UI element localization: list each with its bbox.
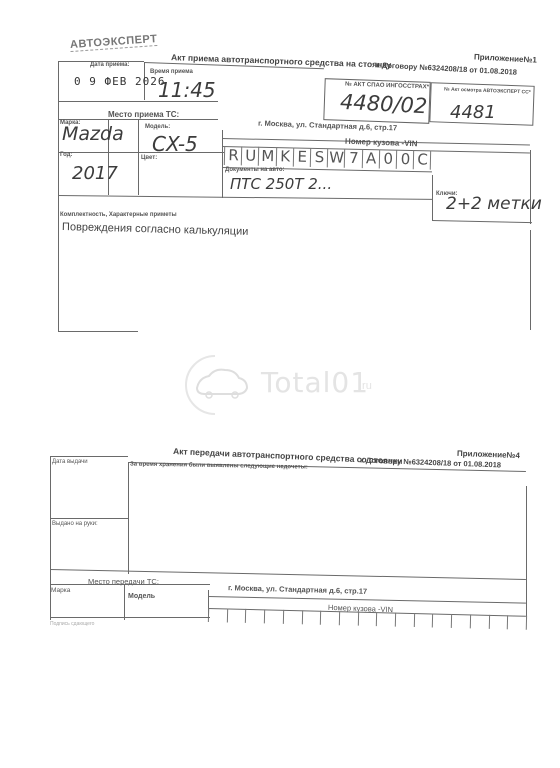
vin-empty-cell (470, 614, 471, 628)
documents-label: Документы на авто: (225, 167, 285, 173)
vin-empty-cell (245, 609, 246, 623)
release-notes-label: За время хранения были выявлены следующи… (130, 461, 308, 470)
vin-char-cell: C (413, 150, 431, 169)
act-number-value: 4480/02 (339, 90, 427, 119)
keys-value: 2+2 метки (446, 194, 542, 214)
vin-empty-cell (413, 613, 414, 627)
place-label: Место приема ТС: (108, 110, 179, 119)
issued-label: Выдано на руки: (52, 521, 98, 527)
vin-empty-cell (283, 610, 284, 624)
vin-char-cell: U (241, 146, 259, 165)
release-footer-note: Подпись сдающего (50, 621, 94, 627)
release-place-value: г. Москва, ул. Стандартная д.6, стр.17 (228, 583, 367, 596)
vin-char-cell: S (310, 148, 328, 167)
expert-number-value: 4481 (450, 102, 496, 123)
year-value: 2017 (72, 163, 118, 184)
color-label: Цвет: (141, 155, 157, 161)
vin-empty-cell (301, 610, 302, 624)
time-value: 11:45 (158, 78, 216, 102)
release-model-label: Модель (128, 593, 155, 600)
vin-empty-cell (376, 612, 377, 626)
vin-empty-cell (227, 608, 228, 622)
release-make-label: Марка (51, 587, 70, 594)
vin-empty-cell (451, 614, 452, 628)
watermark-suffix: .ru (359, 380, 372, 392)
company-stamp: АВТОЭКСПЕРТ (70, 33, 158, 52)
vin-char-cell: 0 (379, 150, 397, 169)
vin-char-cell: W (327, 148, 345, 167)
vin-empty-cell (507, 615, 508, 629)
contract-reference: к Договору №6324208/18 от 01.08.2018 (376, 60, 517, 76)
vin-empty-cell (320, 611, 321, 625)
date-label: Дата приема: (90, 62, 129, 68)
features-value: Повреждения согласно калькуляции (62, 221, 249, 238)
vin-empty-cell (357, 612, 358, 626)
features-label: Комплектность, Характерные приметы (60, 212, 177, 218)
vin-char-cell: A (361, 149, 379, 168)
vin-char-cell: 7 (344, 149, 362, 168)
vin-label: Номер кузова -VIN (345, 137, 418, 149)
vin-char-cell: E (293, 148, 311, 167)
watermark: Total01 .ru (183, 350, 383, 420)
vin-empty-cell (432, 613, 433, 627)
release-vin-field (208, 608, 526, 632)
vin-char-cell: K (275, 147, 293, 166)
year-label: Год: (60, 152, 73, 158)
vin-char-cell: R (224, 146, 242, 165)
appendix-label: Приложение№1 (474, 52, 537, 64)
vin-empty-cell (264, 609, 265, 623)
documents-value: ПТС 250Т 2... (230, 175, 332, 193)
time-label: Время приема (150, 69, 193, 75)
vin-char-cell: 0 (396, 150, 414, 169)
vin-char-cell: M (258, 147, 276, 166)
watermark-text: Total01 (261, 366, 369, 399)
model-label: Модель: (145, 124, 170, 130)
vin-empty-cell (488, 615, 489, 629)
vin-empty-cell (339, 611, 340, 625)
vin-empty-cell (395, 613, 396, 627)
date-value: 0 9 ФЕВ 2026 (74, 75, 165, 88)
vin-empty-cell (526, 616, 527, 630)
make-value: Mazda (62, 123, 124, 145)
vin-empty-cell (208, 608, 209, 622)
release-date-label: Дата выдачи (52, 459, 88, 465)
